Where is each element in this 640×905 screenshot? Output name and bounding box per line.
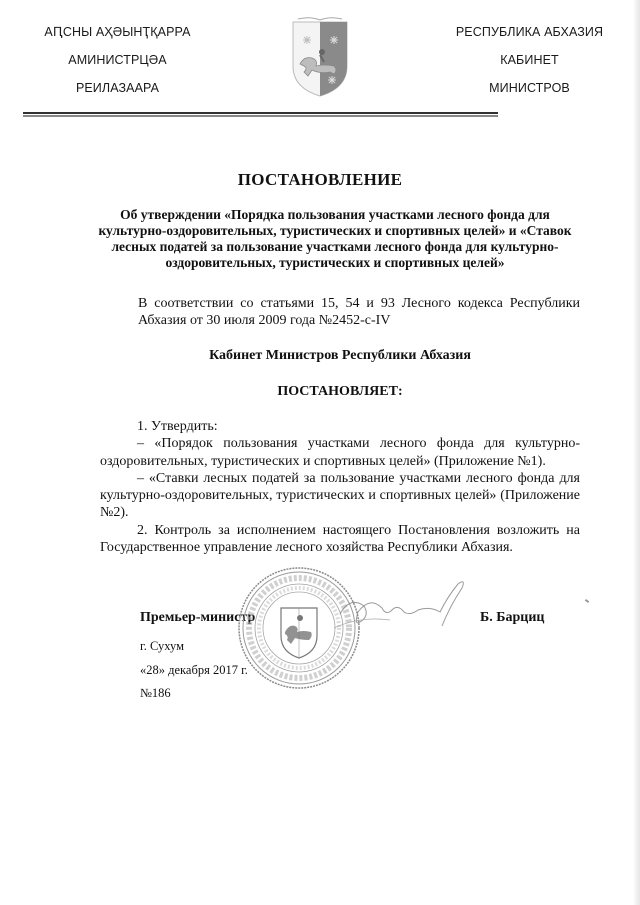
preamble: В соответствии со статьями 15, 54 и 93 Л… [100,296,580,329]
header-right-line2: КАБИНЕТ [437,50,622,78]
decree-item: 2. Контроль за исполнением настоящего По… [100,522,580,557]
date: «28» декабря 2017 г. [140,663,248,678]
header-right-line3: МИНИСТРОВ [437,78,622,106]
decrees-heading: ПОСТАНОВЛЯЕТ: [0,384,640,400]
header-left-line1: АԤСНЫ АҲӘЫНҬҚАРРА [30,22,205,50]
document-page: АԤСНЫ АҲӘЫНҬҚАРРА АМИНИСТРЦӘА РЕИЛАЗААРА… [0,0,640,905]
header-divider-secondary [23,115,498,117]
header-left-line2: АМИНИСТРЦӘА [30,50,205,78]
issuer: Кабинет Министров Республики Абхазия [0,348,640,364]
document-number: №186 [140,686,171,701]
signatory-name: Б. Барциц [480,610,545,626]
header-divider [23,112,498,114]
header-abkhaz: АԤСНЫ АҲӘЫНҬҚАРРА АМИНИСТРЦӘА РЕИЛАЗААРА [30,22,205,106]
coat-of-arms-icon [290,14,350,98]
document-subject: Об утверждении «Порядка пользования учас… [90,207,580,271]
place: г. Сухум [140,639,184,654]
header-right-line1: РЕСПУБЛИКА АБХАЗИЯ [437,22,622,50]
scan-speck [585,599,589,603]
header-left-line3: РЕИЛАЗААРА [30,78,205,106]
preamble-text: В соответствии со статьями 15, 54 и 93 Л… [100,296,580,329]
decree-items: 1. Утвердить: – «Порядок пользования уча… [100,418,580,556]
header-russian: РЕСПУБЛИКА АБХАЗИЯ КАБИНЕТ МИНИСТРОВ [437,22,622,106]
document-title: ПОСТАНОВЛЕНИЕ [0,170,640,190]
decree-item: – «Порядок пользования участками лесного… [100,435,580,470]
handwritten-signature [330,576,480,636]
scan-edge [634,0,640,905]
decree-item: – «Ставки лесных податей за пользование … [100,470,580,522]
decree-item: 1. Утвердить: [100,418,580,435]
